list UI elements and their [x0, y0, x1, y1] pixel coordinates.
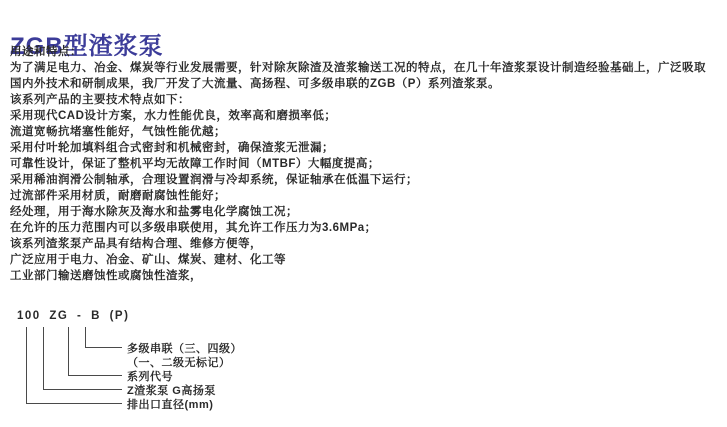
features-heading: 用途和特点：	[10, 44, 720, 60]
features-line: 国内外技术和研制成果，我厂开发了大流量、高扬程、可多级串联的ZGB（P）系列渣浆…	[10, 76, 720, 92]
features-line: 流道宽畅抗堵塞性能好，气蚀性能优越；	[10, 124, 720, 140]
features-line: 可靠性设计，保证了整机平均无故障工作时间（MTBF）大幅度提高；	[10, 156, 720, 172]
connector-line-multistage	[85, 327, 86, 347]
connector-line-discharge-h	[26, 403, 122, 404]
connector-line-discharge	[26, 327, 27, 403]
label-pump-type: Z渣浆泵 G高扬泵	[127, 382, 216, 398]
features-line: 采用付叶轮加填料组合式密封和机械密封，确保渣浆无泄漏；	[10, 140, 720, 156]
model-code: 100 ZG - B (P)	[17, 310, 129, 322]
features-line: 采用现代CAD设计方案，水力性能优良，效率高和磨损率低；	[10, 108, 720, 124]
label-series-code: 系列代号	[127, 368, 173, 384]
features-line: 工业部门输送磨蚀性或腐蚀性渣浆，	[10, 268, 720, 284]
features-line: 该系列产品的主要技术特点如下：	[10, 92, 720, 108]
features-line: 在允许的压力范围内可以多级串联使用，其允许工作压力为3.6MPa；	[10, 220, 720, 236]
connector-line-zg-h	[43, 389, 122, 390]
features-line: 广泛应用于电力、冶金、矿山、煤炭、建材、化工等	[10, 252, 720, 268]
features-line: 过流部件采用材质，耐磨耐腐蚀性能好；	[10, 188, 720, 204]
features-line: 该系列渣浆泵产品具有结构合理、维修方便等，	[10, 236, 720, 252]
features-line: 经处理，用于海水除灰及海水和盐雾电化学腐蚀工况；	[10, 204, 720, 220]
label-discharge-diameter: 排出口直径(mm)	[127, 396, 213, 412]
label-multistage: 多级串联（三、四级）	[127, 340, 242, 356]
connector-line-series	[68, 327, 69, 375]
connector-line-zg	[43, 327, 44, 389]
connector-line-multistage-h	[85, 347, 122, 348]
connector-line-series-h	[68, 375, 122, 376]
features-text-block: 用途和特点： 为了满足电力、冶金、煤炭等行业发展需要，针对除灰除渣及渣浆输送工况…	[10, 44, 720, 284]
label-multistage-note: （一、二级无标记）	[127, 354, 231, 370]
features-line: 为了满足电力、冶金、煤炭等行业发展需要，针对除灰除渣及渣浆输送工况的特点，在几十…	[10, 60, 720, 76]
features-line: 采用稀油润滑公制轴承，合理设置润滑与冷却系统，保证轴承在低温下运行；	[10, 172, 720, 188]
